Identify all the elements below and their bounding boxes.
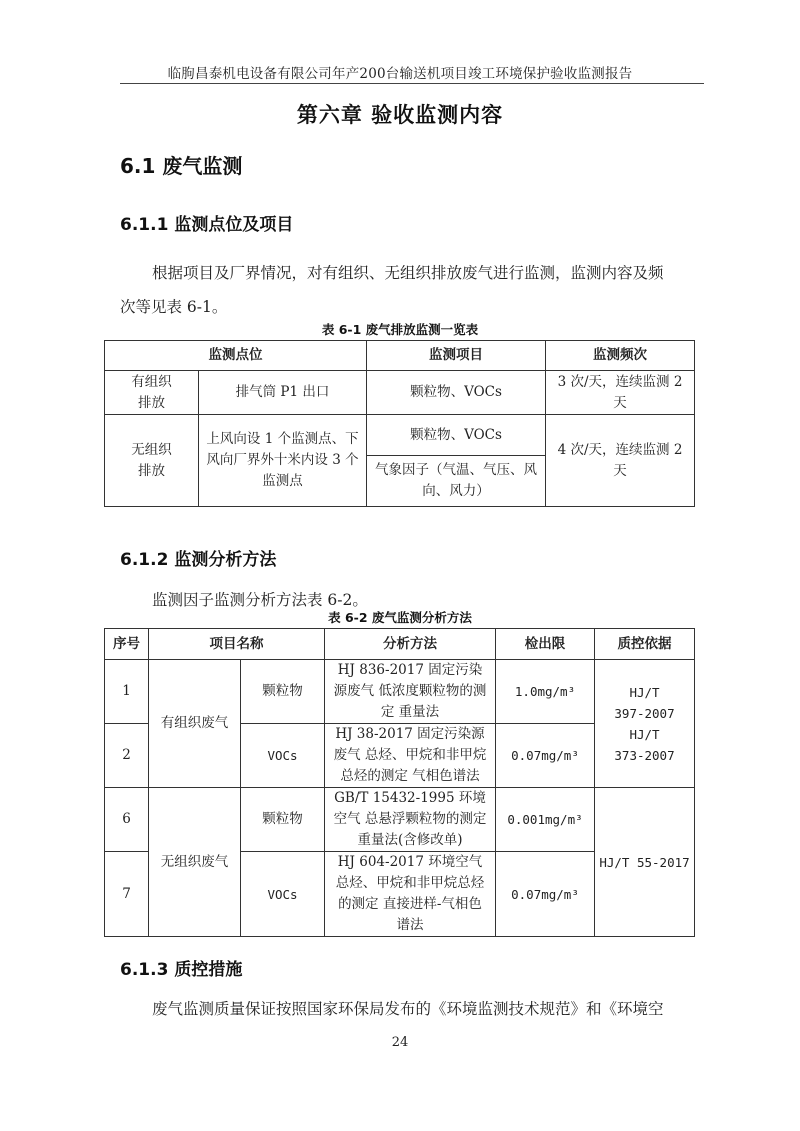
analysis-method: GB/T 15432-1995 环境空气 总悬浮颗粒物的测定 重量法(含修改单) (325, 788, 496, 852)
table-header-row: 监测点位 监测项目 监测频次 (105, 341, 695, 371)
detection-limit: 0.07mg/m³ (496, 724, 595, 788)
section-heading-6-1-1: 6.1.1 监测点位及项目 (120, 210, 293, 235)
table-6-2-caption: 表 6-2 废气监测分析方法 (0, 608, 800, 626)
header-no: 序号 (105, 629, 149, 660)
items-cell: 颗粒物、VOCs (367, 415, 546, 456)
qc-basis: HJ/T 397-2007 HJ/T 373-2007 (595, 660, 695, 788)
chapter-title: 第六章 验收监测内容 (0, 99, 800, 129)
paragraph-6-1-1-line1: 根据项目及厂界情况，对有组织、无组织排放废气进行监测，监测内容及频 (152, 256, 664, 291)
analysis-method: HJ 604-2017 环境空气 总烃、甲烷和非甲烷总烃的测定 直接进样-气相色… (325, 852, 496, 937)
header-divider (120, 83, 704, 84)
table-6-1: 监测点位 监测项目 监测频次 有组织 排放 排气筒 P1 出口 颗粒物、VOCs… (104, 340, 695, 507)
section-heading-6-1-3: 6.1.3 质控措施 (120, 955, 242, 980)
items-cell: 颗粒物、VOCs (367, 371, 546, 415)
table-row: 6 无组织废气 颗粒物 GB/T 15432-1995 环境空气 总悬浮颗粒物的… (105, 788, 695, 852)
analysis-method: HJ 836-2017 固定污染源废气 低浓度颗粒物的测定 重量法 (325, 660, 496, 724)
group-name: 有组织废气 (149, 660, 241, 788)
table-6-2: 序号 项目名称 分析方法 检出限 质控依据 1 有组织废气 颗粒物 HJ 836… (104, 628, 695, 937)
table-row: 1 有组织废气 颗粒物 HJ 836-2017 固定污染源废气 低浓度颗粒物的测… (105, 660, 695, 724)
header-item-name: 项目名称 (149, 629, 325, 660)
header-items: 监测项目 (367, 341, 546, 371)
header-method: 分析方法 (325, 629, 496, 660)
location-cell: 排气筒 P1 出口 (199, 371, 367, 415)
analysis-method: HJ 38-2017 固定污染源废气 总烃、甲烷和非甲烷总烃的测定 气相色谱法 (325, 724, 496, 788)
page-number: 24 (0, 1035, 800, 1050)
table-6-1-caption: 表 6-1 废气排放监测一览表 (0, 320, 800, 338)
row-number: 2 (105, 724, 149, 788)
detection-limit: 0.07mg/m³ (496, 852, 595, 937)
qc-basis-line: HJ/T (599, 682, 690, 703)
item-name: 颗粒物 (241, 660, 325, 724)
frequency-cell: 4 次/天，连续监测 2 天 (546, 415, 695, 507)
table-row: 无组织 排放 上风向设 1 个监测点、下风向厂界外十米内设 3 个监测点 颗粒物… (105, 415, 695, 456)
frequency-cell: 3 次/天，连续监测 2 天 (546, 371, 695, 415)
item-name: VOCs (241, 852, 325, 937)
qc-basis-line: 397-2007 (599, 703, 690, 724)
section-heading-6-1: 6.1 废气监测 (120, 150, 242, 179)
section-heading-6-1-2: 6.1.2 监测分析方法 (120, 545, 276, 570)
row-number: 1 (105, 660, 149, 724)
detection-limit: 1.0mg/m³ (496, 660, 595, 724)
header-frequency: 监测频次 (546, 341, 695, 371)
emission-type-line: 有组织 (109, 372, 194, 393)
emission-type-cell: 有组织 排放 (105, 371, 199, 415)
item-name: VOCs (241, 724, 325, 788)
qc-basis-line: HJ/T (599, 724, 690, 745)
table-header-row: 序号 项目名称 分析方法 检出限 质控依据 (105, 629, 695, 660)
items-cell: 气象因子（气温、气压、风向、风力） (367, 456, 546, 507)
header-location: 监测点位 (105, 341, 367, 371)
header-qc-basis: 质控依据 (595, 629, 695, 660)
group-name: 无组织废气 (149, 788, 241, 937)
emission-type-line: 排放 (109, 393, 194, 414)
emission-type-cell: 无组织 排放 (105, 415, 199, 507)
qc-basis: HJ/T 55-2017 (595, 788, 695, 937)
row-number: 6 (105, 788, 149, 852)
paragraph-6-1-3: 废气监测质量保证按照国家环保局发布的《环境监测技术规范》和《环境空 (152, 992, 664, 1027)
emission-type-line: 无组织 (109, 440, 194, 461)
detection-limit: 0.001mg/m³ (496, 788, 595, 852)
header-detection-limit: 检出限 (496, 629, 595, 660)
location-cell: 上风向设 1 个监测点、下风向厂界外十米内设 3 个监测点 (199, 415, 367, 507)
table-row: 有组织 排放 排气筒 P1 出口 颗粒物、VOCs 3 次/天，连续监测 2 天 (105, 371, 695, 415)
row-number: 7 (105, 852, 149, 937)
running-header: 临朐昌泰机电设备有限公司年产200台输送机项目竣工环境保护验收监测报告 (0, 62, 800, 82)
qc-basis-line: 373-2007 (599, 745, 690, 766)
item-name: 颗粒物 (241, 788, 325, 852)
emission-type-line: 排放 (109, 461, 194, 482)
